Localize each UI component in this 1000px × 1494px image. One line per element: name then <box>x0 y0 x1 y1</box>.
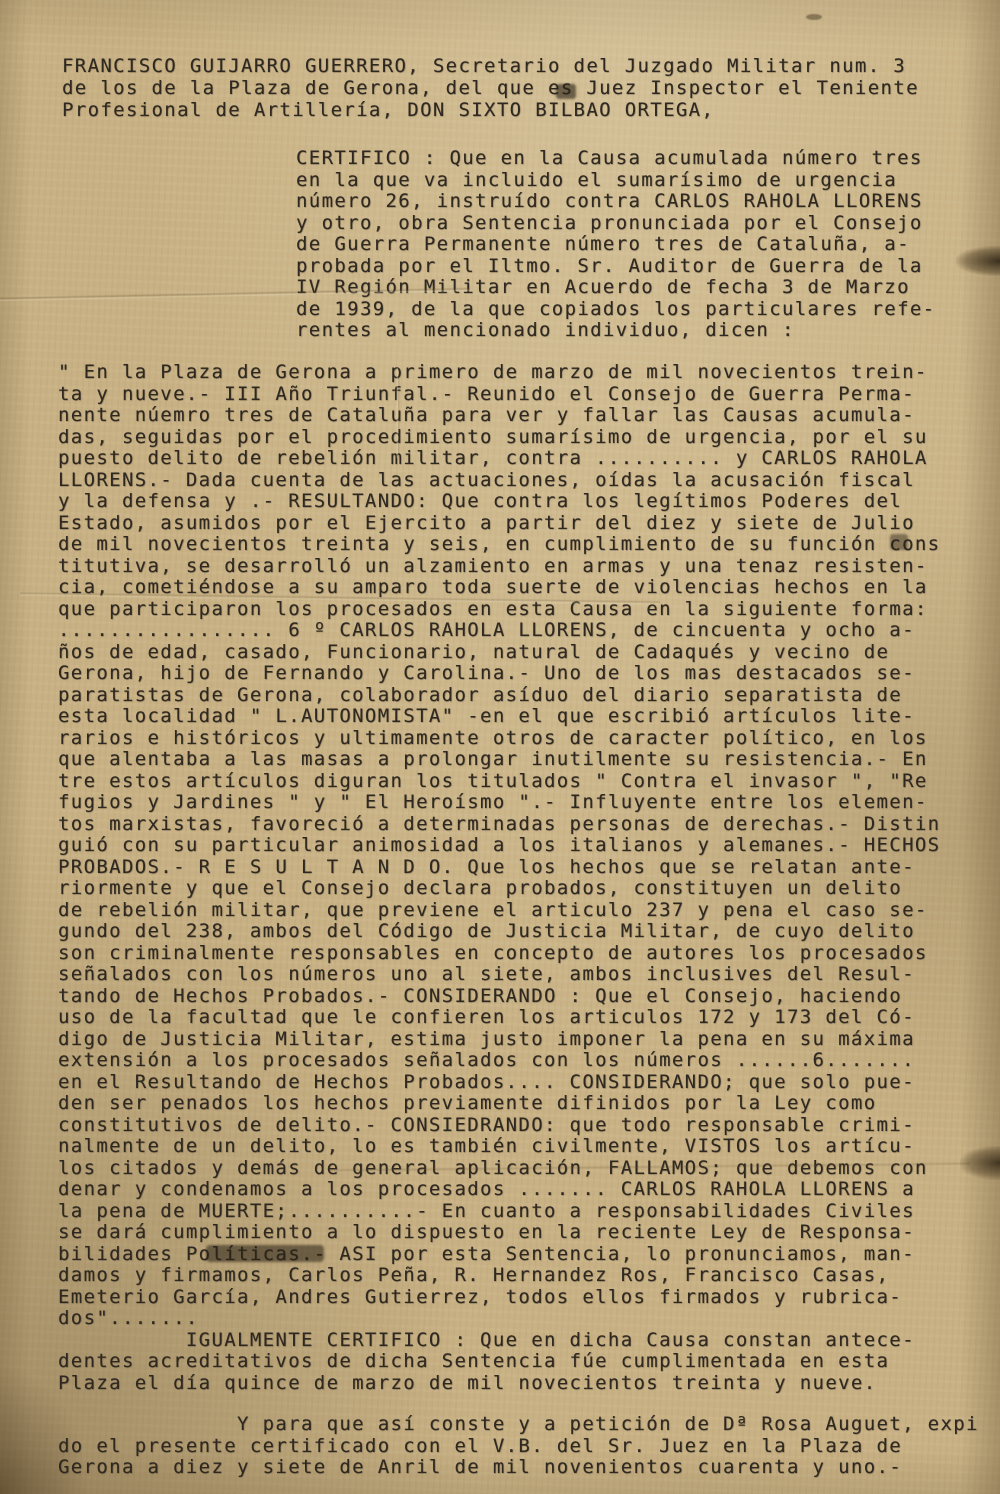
closing-paragraph: Y para que así conste y a petición de Dª… <box>58 1414 979 1479</box>
paper-tear-right-lower <box>960 1146 1000 1180</box>
body-paragraph: " En la Plaza de Gerona a primero de mar… <box>58 362 940 1330</box>
header-paragraph: FRANCISCO GUIJARRO GUERRERO, Secretario … <box>62 55 919 121</box>
igualmente-paragraph: IGUALMENTE CERTIFICO : Que en dicha Caus… <box>58 1330 915 1395</box>
paper-speck-top <box>806 14 822 20</box>
paper-tear-right-upper <box>956 246 1000 276</box>
certifico-paragraph: CERTIFICO : Que en la Causa acumulada nú… <box>296 148 935 342</box>
document-page: FRANCISCO GUIJARRO GUERRERO, Secretario … <box>0 0 1000 1494</box>
